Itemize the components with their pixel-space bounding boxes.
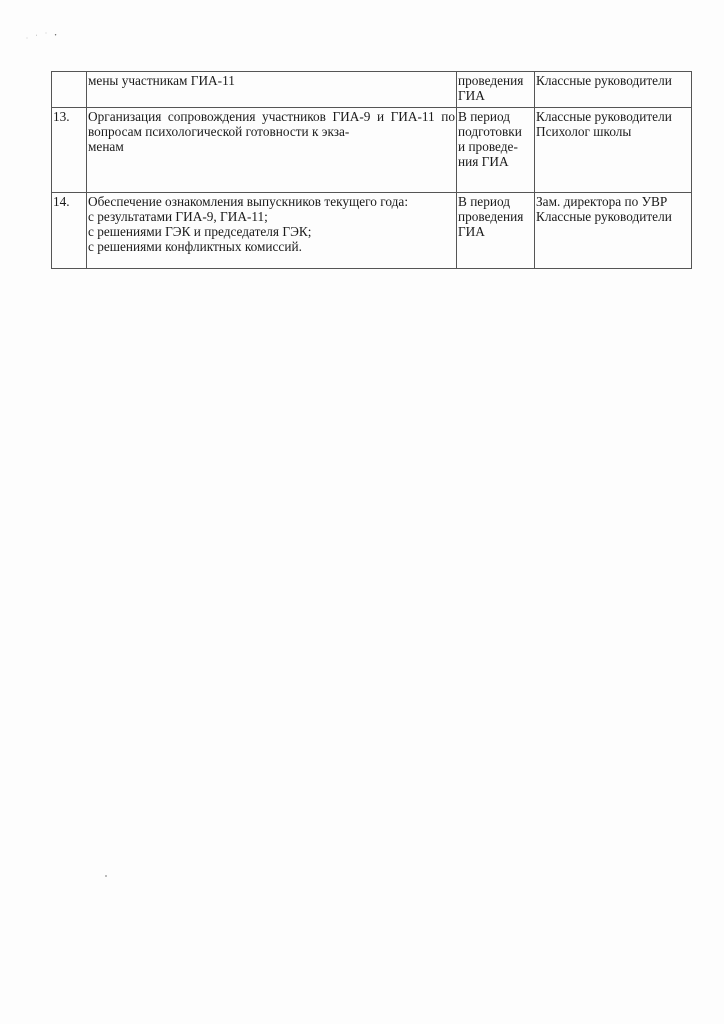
table-row: 14. Обеспечение ознакомления выпускников… — [52, 193, 692, 269]
responsible-cell: Классные руководители Психолог школы — [535, 108, 692, 193]
term-cell: В период проведения ГИА — [457, 193, 535, 269]
row-number-cell — [52, 72, 87, 108]
row-number-cell: 13. — [52, 108, 87, 193]
responsible-cell: Зам. директора по УВР Классные руководит… — [535, 193, 692, 269]
document-page: ˌ · ˈ • мены участникам ГИА-11 проведени… — [0, 0, 724, 1024]
table-row: 13. Организация сопровождения участников… — [52, 108, 692, 193]
action-cell: мены участникам ГИА-11 — [87, 72, 457, 108]
row-number-cell: 14. — [52, 193, 87, 269]
action-cell: Обеспечение ознакомления выпускников тек… — [87, 193, 457, 269]
scan-artifact-marks: ˌ · ˈ • — [26, 33, 60, 39]
gia-plan-table: мены участникам ГИА-11 проведения ГИА Кл… — [51, 71, 692, 269]
scan-artifact-dot — [105, 875, 107, 877]
term-cell: проведения ГИА — [457, 72, 535, 108]
table-row: мены участникам ГИА-11 проведения ГИА Кл… — [52, 72, 692, 108]
responsible-cell: Классные руководители — [535, 72, 692, 108]
term-cell: В период подготовки и проведе- ния ГИА — [457, 108, 535, 193]
action-cell: Организация сопровождения участников ГИА… — [87, 108, 457, 193]
